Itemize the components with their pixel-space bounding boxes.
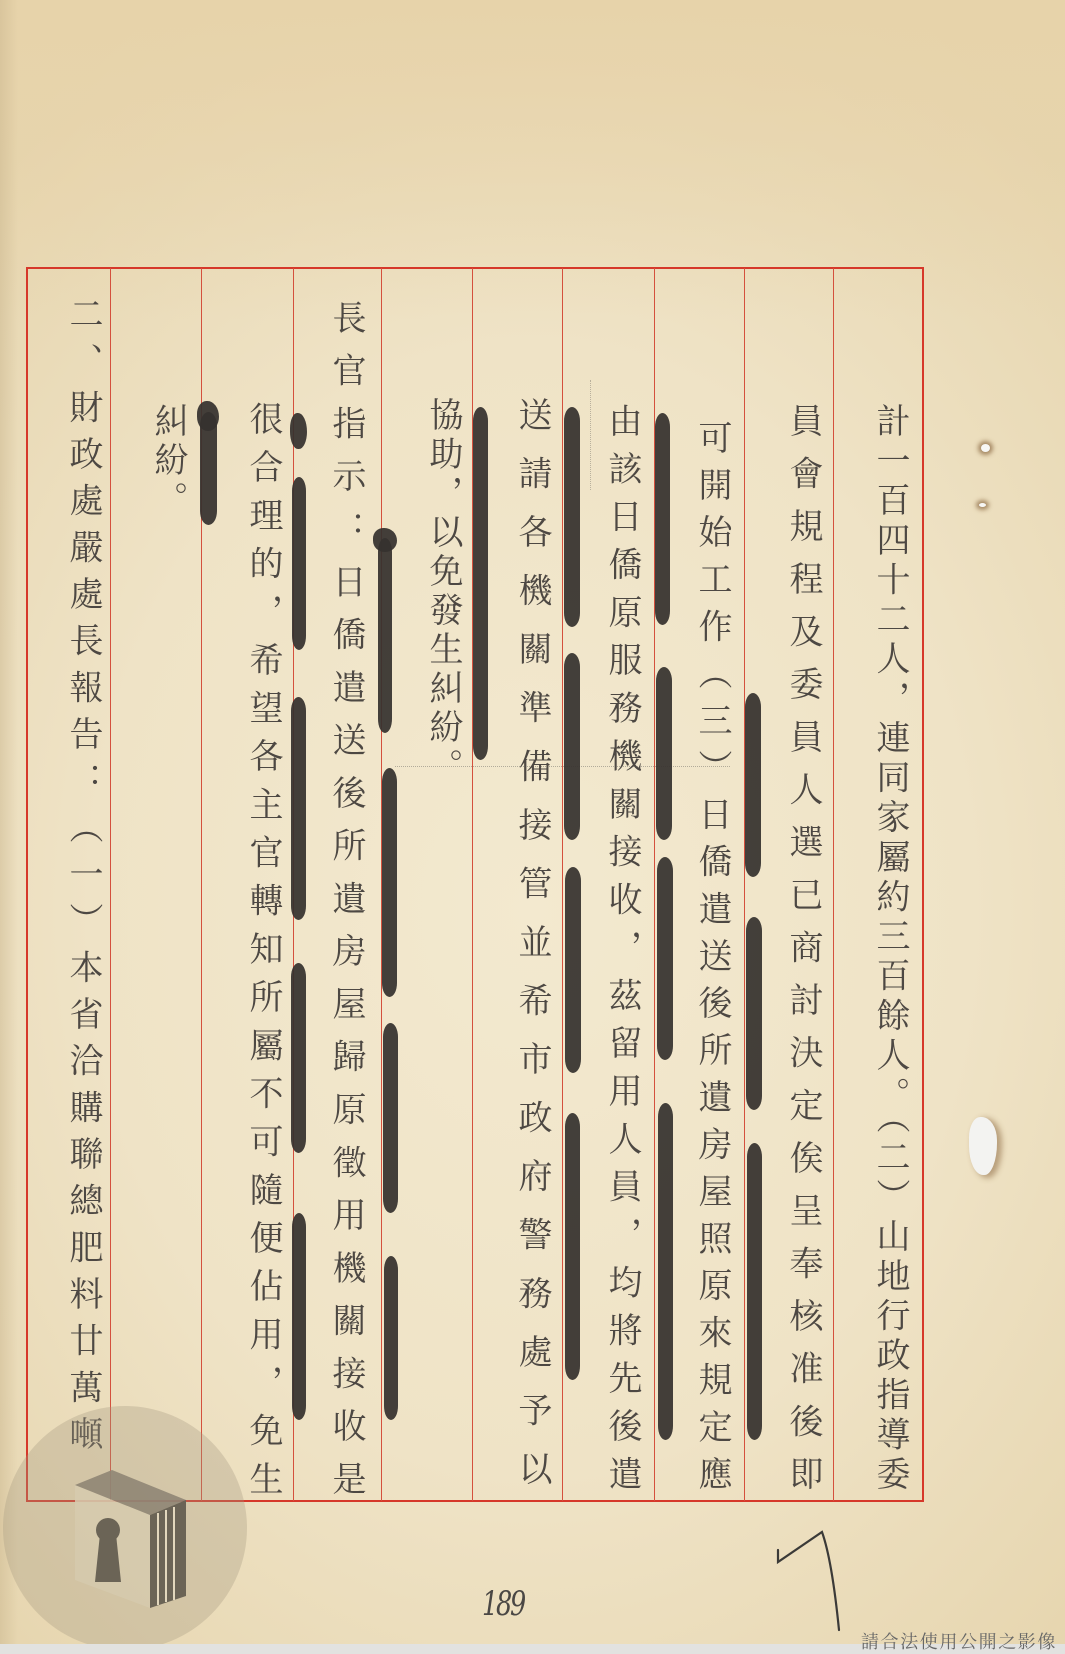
ink-mark bbox=[290, 413, 307, 449]
column-rule bbox=[833, 268, 834, 1501]
text-column-5: 送請各機關準備接管並希市政府警務處予以 bbox=[510, 397, 554, 1485]
ink-mark bbox=[655, 413, 670, 625]
ink-mark bbox=[747, 1143, 762, 1440]
ink-mark bbox=[657, 857, 673, 1060]
text-column-8: 很合理的，希望各主官轉知所屬不可隨便佔用，免生 bbox=[241, 401, 285, 1495]
ink-mark bbox=[565, 867, 581, 1073]
usage-watermark: 請合法使用公開之影像 bbox=[861, 1628, 1057, 1654]
ink-mark bbox=[383, 1023, 398, 1213]
pencil-guide-line bbox=[590, 380, 591, 490]
ink-mark bbox=[745, 693, 761, 877]
ink-mark bbox=[746, 917, 762, 1110]
ink-mark bbox=[473, 407, 488, 760]
ink-mark bbox=[382, 768, 397, 997]
ink-mark bbox=[291, 697, 306, 920]
column-rule bbox=[562, 268, 563, 1501]
text-column-9: 糾紛。 bbox=[146, 403, 190, 543]
text-column-3: 可開始工作（三）日僑遣送後所遺房屋照原來規定應 bbox=[690, 420, 734, 1490]
text-column-6: 協助，以免發生糾紛。 bbox=[421, 397, 465, 797]
ink-mark bbox=[384, 1256, 398, 1420]
text-column-4: 由該日僑原服務機關接收，茲留用人員，均將先後遣 bbox=[600, 403, 644, 1490]
paper-edge-shading bbox=[0, 0, 18, 1654]
check-mark bbox=[770, 1525, 850, 1635]
paper-hole bbox=[981, 444, 990, 452]
ink-mark bbox=[658, 1103, 673, 1440]
ink-mark bbox=[292, 1213, 306, 1420]
paper-hole bbox=[979, 503, 986, 507]
text-column-10: 二、財政處嚴處長報告：（一）本省洽購聯總肥料廿萬噸 bbox=[61, 296, 105, 1450]
book-keyhole-icon bbox=[0, 1440, 260, 1620]
text-column-7: 長官指示：日僑遣送後所遺房屋歸原徵用機關接收是 bbox=[324, 300, 368, 1495]
ink-mark bbox=[564, 407, 580, 627]
paper-tear bbox=[969, 1117, 997, 1175]
ink-mark bbox=[656, 667, 672, 840]
ink-mark bbox=[565, 1113, 580, 1380]
ink-mark bbox=[564, 653, 580, 840]
ink-mark bbox=[292, 477, 306, 650]
text-column-2: 員會規程及委員人選已商討決定俟呈奉核准後即 bbox=[781, 403, 825, 1490]
ink-mark bbox=[200, 412, 217, 525]
column-rule bbox=[110, 268, 111, 1501]
ink-mark bbox=[378, 538, 392, 733]
page-number: 189 bbox=[482, 1584, 524, 1624]
ink-mark bbox=[291, 963, 306, 1153]
column-rule bbox=[744, 268, 745, 1501]
text-column-1: 計一百四十二人，連同家屬約三百餘人。（二）山地行政指導委 bbox=[868, 403, 912, 1490]
